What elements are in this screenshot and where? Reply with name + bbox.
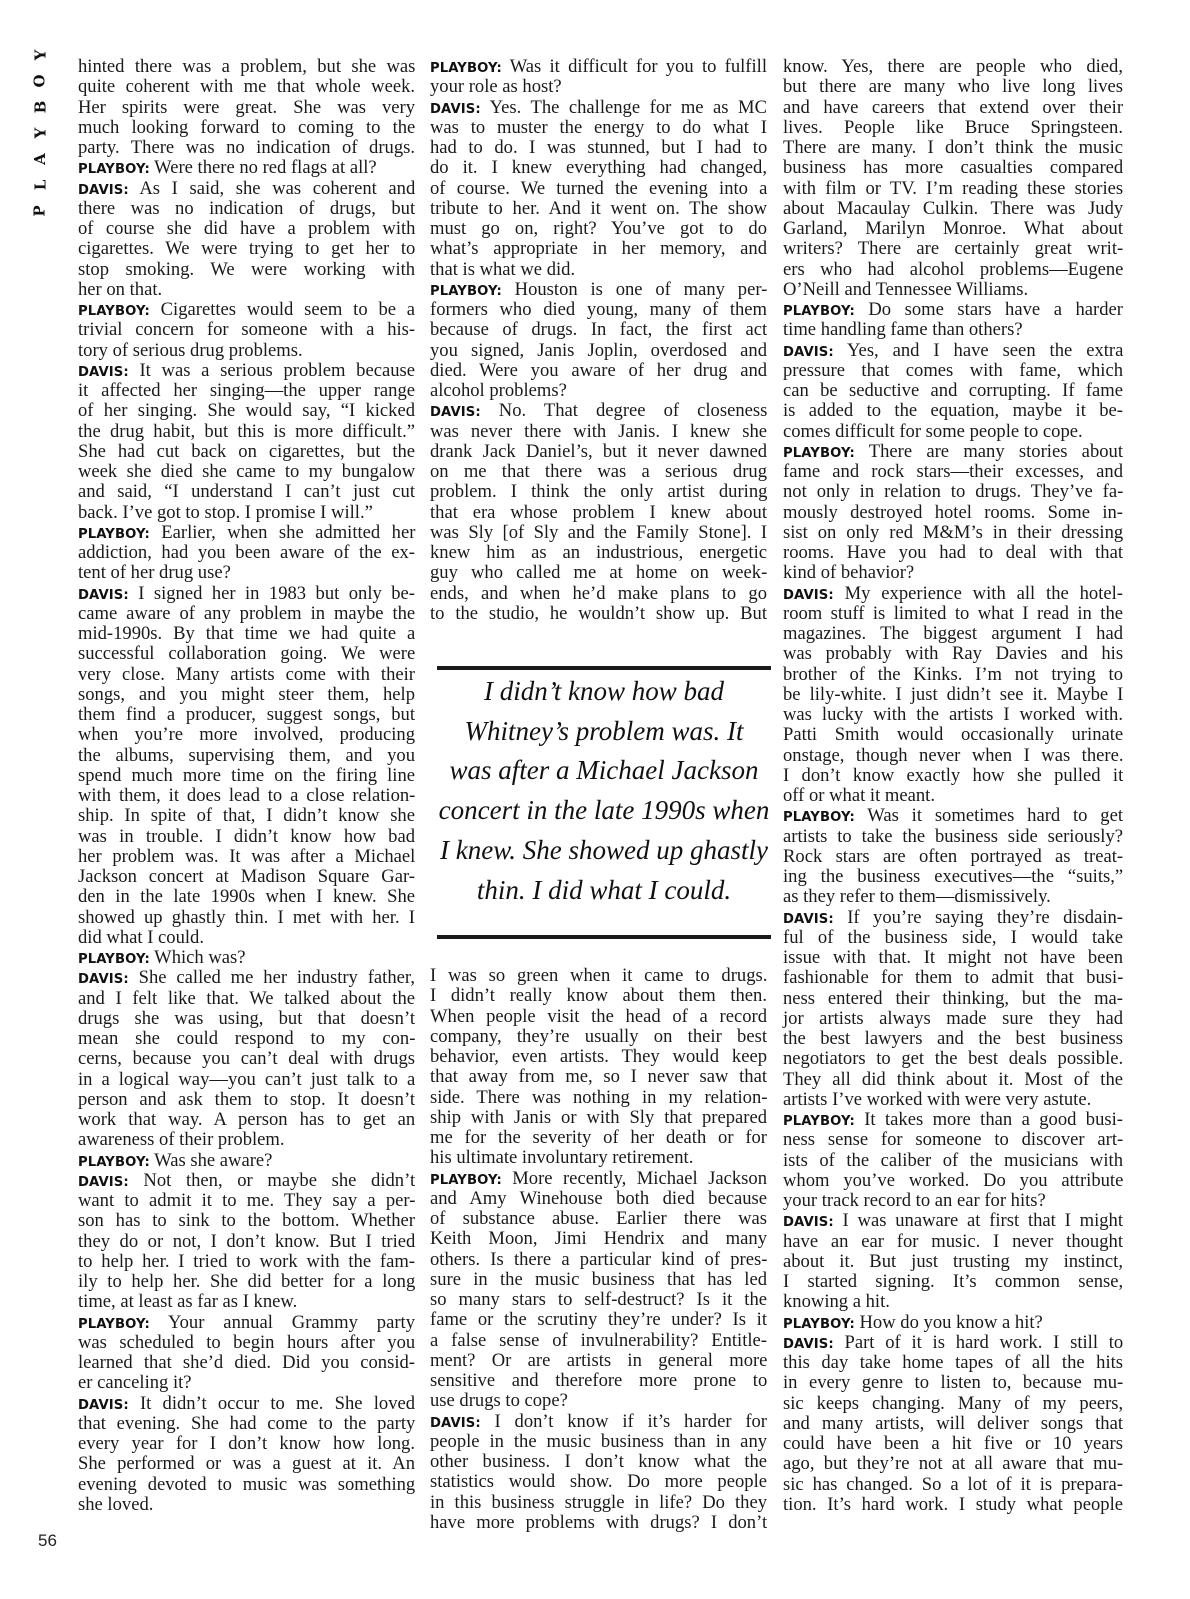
line-text: very close. Many artists come with their [78,664,415,685]
text-line: others. Is there a particular kind of pr… [430,1250,767,1270]
speaker-label: PLAYBOY: [783,1114,855,1129]
line-text: onstage, though never when I was there. [783,745,1123,766]
line-text: not only in relation to drugs. They’ve f… [783,481,1123,502]
line-text: My experience with all the hotel- [834,583,1123,604]
text-line: and many artists, will deliver songs tha… [783,1414,1123,1434]
line-text: other business. I don’t know what the [430,1451,767,1472]
text-line: was lucky with the artists I worked with… [783,705,1123,725]
line-text: magazines. The biggest argument I had [783,623,1123,644]
text-line: it affected her singing—the upper range [78,381,415,401]
text-line: me for the severity of her death or for [430,1128,767,1148]
text-line: She performed or was a guest at it. An [78,1454,415,1474]
line-text: Jackson concert at Madison Square Gar- [78,866,415,887]
line-text: jor artists always made sure they had [783,1008,1123,1029]
text-line: about Macaulay Culkin. There was Judy [783,199,1123,219]
line-text: It takes more than a good busi- [855,1109,1123,1130]
line-text: it affected her singing—the upper range [78,380,415,401]
folio-letter: P [29,205,51,216]
pull-quote-line: thin. I did what I could. [433,871,775,911]
text-line: drugs she was using, but that doesn’t [78,1009,415,1029]
text-line: and have careers that extend over their [783,98,1123,118]
text-line: your role as host? [430,77,767,97]
line-text: Part of it is hard work. I still to [834,1332,1123,1353]
text-line: guy who called me at home on week- [430,563,767,583]
text-line: behavior, even artists. They would keep [430,1047,767,1067]
text-line: room stuff is limited to what I read in … [783,604,1123,624]
line-text: I don’t know exactly how she pulled it [783,765,1123,786]
speaker-label: DAVIS: [430,1416,481,1431]
line-text: spend much more time on the firing line [78,765,415,786]
line-text: fashionable for them to admit that busi- [783,967,1123,988]
line-text: They all did think about it. Most of the [783,1069,1123,1090]
text-line: use drugs to cope? [430,1391,767,1411]
text-line: was never there with Janis. I knew she [430,422,767,442]
text-line: awareness of their problem. [78,1130,415,1150]
line-text: about it. But just trusting my instinct, [783,1251,1123,1272]
line-text: I don’t know if it’s harder for [481,1411,767,1432]
text-line: as they refer to them—dismissively. [783,887,1123,907]
text-line: PLAYBOY: Your annual Grammy party [78,1313,415,1333]
speaker-label: DAVIS: [783,1337,834,1352]
text-line: DAVIS: If you’re saying they’re disdain- [783,908,1123,928]
text-line: DAVIS: My experience with all the hotel- [783,584,1123,604]
speaker-label: PLAYBOY: [430,284,502,299]
line-text: was probably with Ray Davies and his [783,643,1123,664]
text-line: tion. It’s hard work. I study what peopl… [783,1495,1123,1515]
text-line: fame and rock stars—their excesses, and [783,462,1123,482]
line-text: with film or TV. I’m reading these stori… [783,178,1123,199]
line-text: quite coherent with me that whole week. [78,76,415,97]
line-text: is added to the equation, maybe it be- [783,400,1123,421]
text-line: I didn’t really know about them then. [430,986,767,1006]
text-line: fashionable for them to admit that busi- [783,968,1123,988]
line-text: that away from me, so I never saw that [430,1066,767,1087]
text-line: DAVIS: It was a serious problem because [78,361,415,381]
text-line: PLAYBOY: Was it sometimes hard to get [783,806,1123,826]
line-text: ing the business executives—the “suits,” [783,866,1123,887]
text-line: with film or TV. I’m reading these stori… [783,179,1123,199]
line-text: sensitive and therefore more prone to [430,1370,767,1391]
text-line: Keith Moon, Jimi Hendrix and many [430,1229,767,1249]
line-text: was in trouble. I didn’t know how bad [78,826,415,847]
text-line: formers who died young, many of them [430,300,767,320]
pull-quote-line: I knew. She showed up ghastly [433,831,775,871]
text-line: Jackson concert at Madison Square Gar- [78,867,415,887]
text-line: died. Were you aware of her drug and [430,361,767,381]
speaker-label: DAVIS: [78,1175,129,1190]
text-line: and Amy Winehouse both died because [430,1189,767,1209]
text-line: negotiators to get the best deals possib… [783,1049,1123,1069]
text-line: DAVIS: Yes. The challenge for me as MC [430,98,767,118]
text-line: They all did think about it. Most of the [783,1070,1123,1090]
text-line: PLAYBOY: Houston is one of many per- [430,280,767,300]
line-text: time handling fame than others? [783,319,1023,340]
text-line: off or what it meant. [783,786,1123,806]
line-text: sic keeps changing. Many of my peers, [783,1393,1123,1414]
text-line: DAVIS: I signed her in 1983 but only be- [78,584,415,604]
line-text: pressure that comes with fame, which [783,360,1123,381]
text-line: a false sense of invulnerability? Entitl… [430,1331,767,1351]
line-text: Yes. The challenge for me as MC [481,97,767,118]
text-line: trivial concern for someone with a his- [78,320,415,340]
line-text: mously destroyed hotel rooms. Some in- [783,502,1123,523]
text-line: that away from me, so I never saw that [430,1067,767,1087]
text-line: could have been a hit five or 10 years [783,1434,1123,1454]
line-text: behavior, even artists. They would keep [430,1046,767,1067]
text-line: DAVIS: Part of it is hard work. I still … [783,1333,1123,1353]
line-text: As I said, she was coherent and [129,178,416,199]
text-line: person and ask them to stop. It doesn’t [78,1090,415,1110]
line-text: formers who died young, many of them [430,299,767,320]
text-line: ily to help her. She did better for a lo… [78,1272,415,1292]
text-line: evening devoted to music was something [78,1475,415,1495]
text-line: I started signing. It’s common sense, [783,1272,1123,1292]
text-line: to help her. I tried to work with the fa… [78,1252,415,1272]
line-text: Houston is one of many per- [502,279,768,300]
article-column-2-bottom: I was so green when it came to drugs.I d… [430,966,767,1533]
text-line: spend much more time on the firing line [78,766,415,786]
text-line: ness sense for someone to discover art- [783,1130,1123,1150]
text-line: cerns, because you can’t deal with drugs [78,1049,415,1069]
text-line: is added to the equation, maybe it be- [783,401,1123,421]
text-line: stop smoking. We were working with [78,260,415,280]
text-line: learned that she’d died. Did you consid- [78,1353,415,1373]
folio-letter: Y [29,50,51,61]
line-text: every year for I don’t know how long. [78,1433,415,1454]
line-text: whom you’ve worked. Do you attribute [783,1170,1123,1191]
text-line: of course. We turned the evening into a [430,179,767,199]
text-line: that evening. She had come to the party [78,1414,415,1434]
line-text: cerns, because you can’t deal with drugs [78,1048,415,1069]
line-text: so many stars to self-destruct? Is it th… [430,1289,767,1310]
line-text: There are many stories about [855,441,1123,462]
text-line: this day take home tapes of all the hits [783,1353,1123,1373]
line-text: your role as host? [430,76,562,97]
text-line: ness entered their thinking, but the ma- [783,989,1123,1009]
text-line: songs, and you might steer them, help [78,685,415,705]
line-text: party. There was no indication of drugs. [78,137,415,158]
text-line: in every genre to listen to, because mu- [783,1373,1123,1393]
text-line: er canceling it? [78,1373,415,1393]
line-text: Was she aware? [150,1150,273,1171]
text-line: people in the music business than in any [430,1432,767,1452]
line-text: ship. In spite of that, I didn’t know sh… [78,805,415,826]
line-text: you signed, Janis Joplin, overdosed and [430,340,767,361]
line-text: I started signing. It’s common sense, [783,1271,1123,1292]
line-text: of course. We turned the evening into a [430,178,767,199]
text-line: know. Yes, there are people who died, [783,57,1123,77]
line-text: negotiators to get the best deals possib… [783,1048,1123,1069]
line-text: I didn’t really know about them then. [430,985,767,1006]
line-text: must go on, right? You’ve got to do [430,218,767,239]
line-text: songs, and you might steer them, help [78,684,415,705]
line-text: rooms. Have you had to deal with that [783,542,1123,563]
text-line: was probably with Ray Davies and his [783,644,1123,664]
text-line: his ultimate involuntary retirement. [430,1148,767,1168]
line-text: was lucky with the artists I worked with… [783,704,1123,725]
line-text: fame or the scrutiny they’re under? Is i… [430,1309,767,1330]
text-line: have more problems with drugs? I don’t [430,1513,767,1533]
text-line: she loved. [78,1495,415,1515]
text-line: sure in the music business that has led [430,1270,767,1290]
pull-quote: I didn’t know how badWhitney’s problem w… [433,672,775,910]
line-text: have an ear for music. I never thought [783,1231,1123,1252]
speaker-label: DAVIS: [783,1215,834,1230]
text-line: sensitive and therefore more prone to [430,1371,767,1391]
text-line: what’s appropriate in her memory, and [430,239,767,259]
text-line: PLAYBOY: Which was? [78,948,415,968]
text-line: cigarettes. We were trying to get her to [78,239,415,259]
line-text: her on that. [78,279,162,300]
text-line: ship. In spite of that, I didn’t know sh… [78,806,415,826]
text-line: sist on only red M&M’s in their dressing [783,523,1123,543]
line-text: that era whose problem I knew about [430,502,767,523]
line-text: work that way. A person has to get an [78,1109,415,1130]
line-text: stop smoking. We were working with [78,259,415,280]
speaker-label: DAVIS: [78,972,129,987]
line-text: this day take home tapes of all the hits [783,1352,1123,1373]
text-line: statistics would show. Do more people [430,1472,767,1492]
line-text: showed up ghastly thin. I met with her. … [78,907,415,928]
pull-quote-line: I didn’t know how bad [433,672,775,712]
text-line: the albums, supervising them, and you [78,746,415,766]
line-text: More recently, Michael Jackson [502,1168,767,1189]
line-text: tribute to her. And it went on. The show [430,198,767,219]
line-text: others. Is there a particular kind of pr… [430,1249,767,1270]
line-text: ists of the caliber of the musicians wit… [783,1150,1123,1171]
speaker-label: PLAYBOY: [430,61,502,76]
line-text: son has to sink to the bottom. Whether [78,1210,415,1231]
line-text: know. Yes, there are people who died, [783,56,1123,77]
line-text: Keith Moon, Jimi Hendrix and many [430,1228,767,1249]
text-line: son has to sink to the bottom. Whether [78,1211,415,1231]
text-line: there was no indication of drugs, but [78,199,415,219]
text-line: DAVIS: Yes, and I have seen the extra [783,341,1123,361]
line-text: If you’re saying they’re disdain- [834,907,1123,928]
line-text: issue with that. It might not have been [783,947,1123,968]
text-line: came aware of any problem in maybe the [78,604,415,624]
line-text: I signed her in 1983 but only be- [129,583,415,604]
line-text: the drug habit, but this is more difficu… [78,421,415,442]
line-text: what’s appropriate in her memory, and [430,238,767,259]
line-text: O’Neill and Tennessee Williams. [783,279,1028,300]
line-text: Was it difficult for you to fulfill [502,56,767,77]
text-line: When people visit the head of a record [430,1007,767,1027]
speaker-label: PLAYBOY: [430,1173,502,1188]
text-line: did what I could. [78,928,415,948]
text-line: ago, but they’re not at all aware that m… [783,1454,1123,1474]
line-text: died. Were you aware of her drug and [430,360,767,381]
line-text: want to admit it to me. They say a per- [78,1190,415,1211]
text-line: that era whose problem I knew about [430,503,767,523]
line-text: Earlier, when she admitted her [150,522,416,543]
line-text: drank Jack Daniel’s, but it never dawned [430,441,767,462]
line-text: trivial concern for someone with a his- [78,319,415,340]
line-text: sic has changed. So a lot of it is prepa… [783,1474,1123,1495]
article-column-2-top: PLAYBOY: Was it difficult for you to ful… [430,57,767,624]
text-line: Rock stars are often portrayed as treat- [783,847,1123,867]
line-text: ago, but they’re not at all aware that m… [783,1453,1123,1474]
text-line: sic keeps changing. Many of my peers, [783,1394,1123,1414]
text-line: tent of her drug use? [78,563,415,583]
text-line: fame or the scrutiny they’re under? Is i… [430,1310,767,1330]
text-line: her problem was. It was after a Michael [78,847,415,867]
line-text: ful of the business side, I would take [783,927,1123,948]
text-line: PLAYBOY: Was she aware? [78,1151,415,1171]
text-line: about it. But just trusting my instinct, [783,1252,1123,1272]
speaker-label: DAVIS: [430,102,481,117]
article-column-3: know. Yes, there are people who died,but… [783,57,1123,1515]
text-line: kind of behavior? [783,563,1123,583]
line-text: your track record to an ear for hits? [783,1190,1046,1211]
line-text: use drugs to cope? [430,1390,568,1411]
text-line: PLAYBOY: Were there no red flags at all? [78,158,415,178]
folio-letter: L [29,180,51,191]
text-line: sic has changed. So a lot of it is prepa… [783,1475,1123,1495]
line-text: statistics would show. Do more people [430,1471,767,1492]
text-line: in this business struggle in life? Do th… [430,1493,767,1513]
line-text: er canceling it? [78,1372,192,1393]
line-text: learned that she’d died. Did you consid- [78,1352,415,1373]
line-text: her problem was. It was after a Michael [78,846,415,867]
text-line: artists to take the business side seriou… [783,827,1123,847]
speaker-label: DAVIS: [78,1398,129,1413]
line-text: was never there with Janis. I knew she [430,421,767,442]
text-line: PLAYBOY: More recently, Michael Jackson [430,1169,767,1189]
text-line: other business. I don’t know what the [430,1452,767,1472]
text-line: back. I’ve got to stop. I promise I will… [78,503,415,523]
line-text: time, at least as far as I knew. [78,1291,297,1312]
line-text: ily to help her. She did better for a lo… [78,1271,415,1292]
pull-quote-line: Whitney’s problem was. It [433,712,775,752]
text-line: mously destroyed hotel rooms. Some in- [783,503,1123,523]
text-line: onstage, though never when I was there. [783,746,1123,766]
text-line: ship with Janis or with Sly that prepare… [430,1108,767,1128]
line-text: I was so green when it came to drugs. [430,965,767,986]
line-text: did what I could. [78,927,204,948]
line-text: person and ask them to stop. It doesn’t [78,1089,415,1110]
speaker-label: PLAYBOY: [783,304,855,319]
text-line: pressure that comes with fame, which [783,361,1123,381]
pull-quote-bottom-rule [437,935,771,939]
speaker-label: PLAYBOY: [783,446,855,461]
line-text: but there are many who live long lives [783,76,1123,97]
text-line: DAVIS: She called me her industry father… [78,968,415,988]
text-line: issue with that. It might not have been [783,948,1123,968]
line-text: Not then, or maybe she didn’t [129,1170,415,1191]
text-line: lives. People like Bruce Springsteen. [783,118,1123,138]
speaker-label: PLAYBOY: [783,810,855,825]
text-line: on me that there was a serious drug [430,462,767,482]
line-text: drugs she was using, but that doesn’t [78,1008,415,1029]
text-line: want to admit it to me. They say a per- [78,1191,415,1211]
text-line: your track record to an ear for hits? [783,1191,1123,1211]
line-text: It didn’t occur to me. She loved [129,1393,415,1414]
text-line: you signed, Janis Joplin, overdosed and [430,341,767,361]
text-line: was to muster the energy to do what I [430,118,767,138]
line-text: When people visit the head of a record [430,1006,767,1027]
line-text: of substance abuse. Earlier there was [430,1208,767,1229]
text-line: they do or not, I don’t know. But I trie… [78,1232,415,1252]
magazine-folio-vertical: YOBYALP [30,44,50,222]
line-text: was to muster the energy to do what I [430,117,767,138]
text-line: business has more casualties compared [783,158,1123,178]
text-line: I don’t know exactly how she pulled it [783,766,1123,786]
line-text: Yes, and I have seen the extra [834,340,1124,361]
line-text: and said, “I understand I can’t just cut [78,481,415,502]
speaker-label: DAVIS: [78,588,129,603]
line-text: and have careers that extend over their [783,97,1123,118]
text-line: of substance abuse. Earlier there was [430,1209,767,1229]
text-line: have an ear for music. I never thought [783,1232,1123,1252]
line-text: ness sense for someone to discover art- [783,1129,1123,1150]
line-text: off or what it meant. [783,785,935,806]
text-line: be lily-white. I just didn’t see it. May… [783,685,1123,705]
line-text: they do or not, I don’t know. But I trie… [78,1231,415,1252]
line-text: week she died she came to my bungalow [78,461,415,482]
line-text: was scheduled to begin hours after you [78,1332,415,1353]
text-line: do it. I knew everything had changed, [430,158,767,178]
text-line: mid-1990s. By that time we had quite a [78,624,415,644]
text-line: O’Neill and Tennessee Williams. [783,280,1123,300]
speaker-label: PLAYBOY: [78,162,150,177]
line-text: artists I’ve worked with were very astut… [783,1089,1091,1110]
text-line: Her spirits were great. She was very [78,98,415,118]
text-line: DAVIS: It didn’t occur to me. She loved [78,1394,415,1414]
text-line: ends, and when he’d make plans to go [430,584,767,604]
text-line: showed up ghastly thin. I met with her. … [78,908,415,928]
line-text: Your annual Grammy party [150,1312,415,1333]
text-line: had to do. I was stunned, but I had to [430,138,767,158]
text-line: in a logical way—you can’t just talk to … [78,1070,415,1090]
line-text: It was a serious problem because [129,360,415,381]
line-text: there was no indication of drugs, but [78,198,415,219]
text-line: time handling fame than others? [783,320,1123,340]
article-column-1: hinted there was a problem, but she wasq… [78,57,415,1515]
text-line: PLAYBOY: It takes more than a good busi- [783,1110,1123,1130]
line-text: much looking forward to coming to the [78,117,415,138]
line-text: knowing a hit. [783,1291,890,1312]
line-text: back. I’ve got to stop. I promise I will… [78,502,373,523]
line-text: Which was? [150,947,246,968]
line-text: a false sense of invulnerability? Entitl… [430,1330,767,1351]
line-text: could have been a hit five or 10 years [783,1433,1123,1454]
line-text: to help her. I tried to work with the fa… [78,1251,415,1272]
text-line: PLAYBOY: How do you know a hit? [783,1313,1123,1333]
speaker-label: DAVIS: [78,183,129,198]
line-text: evening devoted to music was something [78,1474,415,1495]
text-line: magazines. The biggest argument I had [783,624,1123,644]
text-line: and I felt like that. We talked about th… [78,989,415,1009]
line-text: There are many. I don’t think the music [783,137,1123,158]
speaker-label: PLAYBOY: [78,1317,150,1332]
line-text: in every genre to listen to, because mu- [783,1372,1123,1393]
line-text: of course she did have a problem with [78,218,415,239]
text-line: time, at least as far as I knew. [78,1292,415,1312]
line-text: successful collaboration going. We were [78,643,415,664]
text-line: DAVIS: I don’t know if it’s harder for [430,1412,767,1432]
text-line: mean she could respond to my con- [78,1029,415,1049]
line-text: in this business struggle in life? Do th… [430,1492,767,1513]
text-line: was in trouble. I didn’t know how bad [78,827,415,847]
line-text: fame and rock stars—their excesses, and [783,461,1123,482]
line-text: ers who had alcohol problems—Eugene [783,259,1123,280]
text-line: writers? There are certainly great writ- [783,239,1123,259]
text-line: rooms. Have you had to deal with that [783,543,1123,563]
text-line: DAVIS: Not then, or maybe she didn’t [78,1171,415,1191]
text-line: much looking forward to coming to the [78,118,415,138]
line-text: kind of behavior? [783,562,914,583]
